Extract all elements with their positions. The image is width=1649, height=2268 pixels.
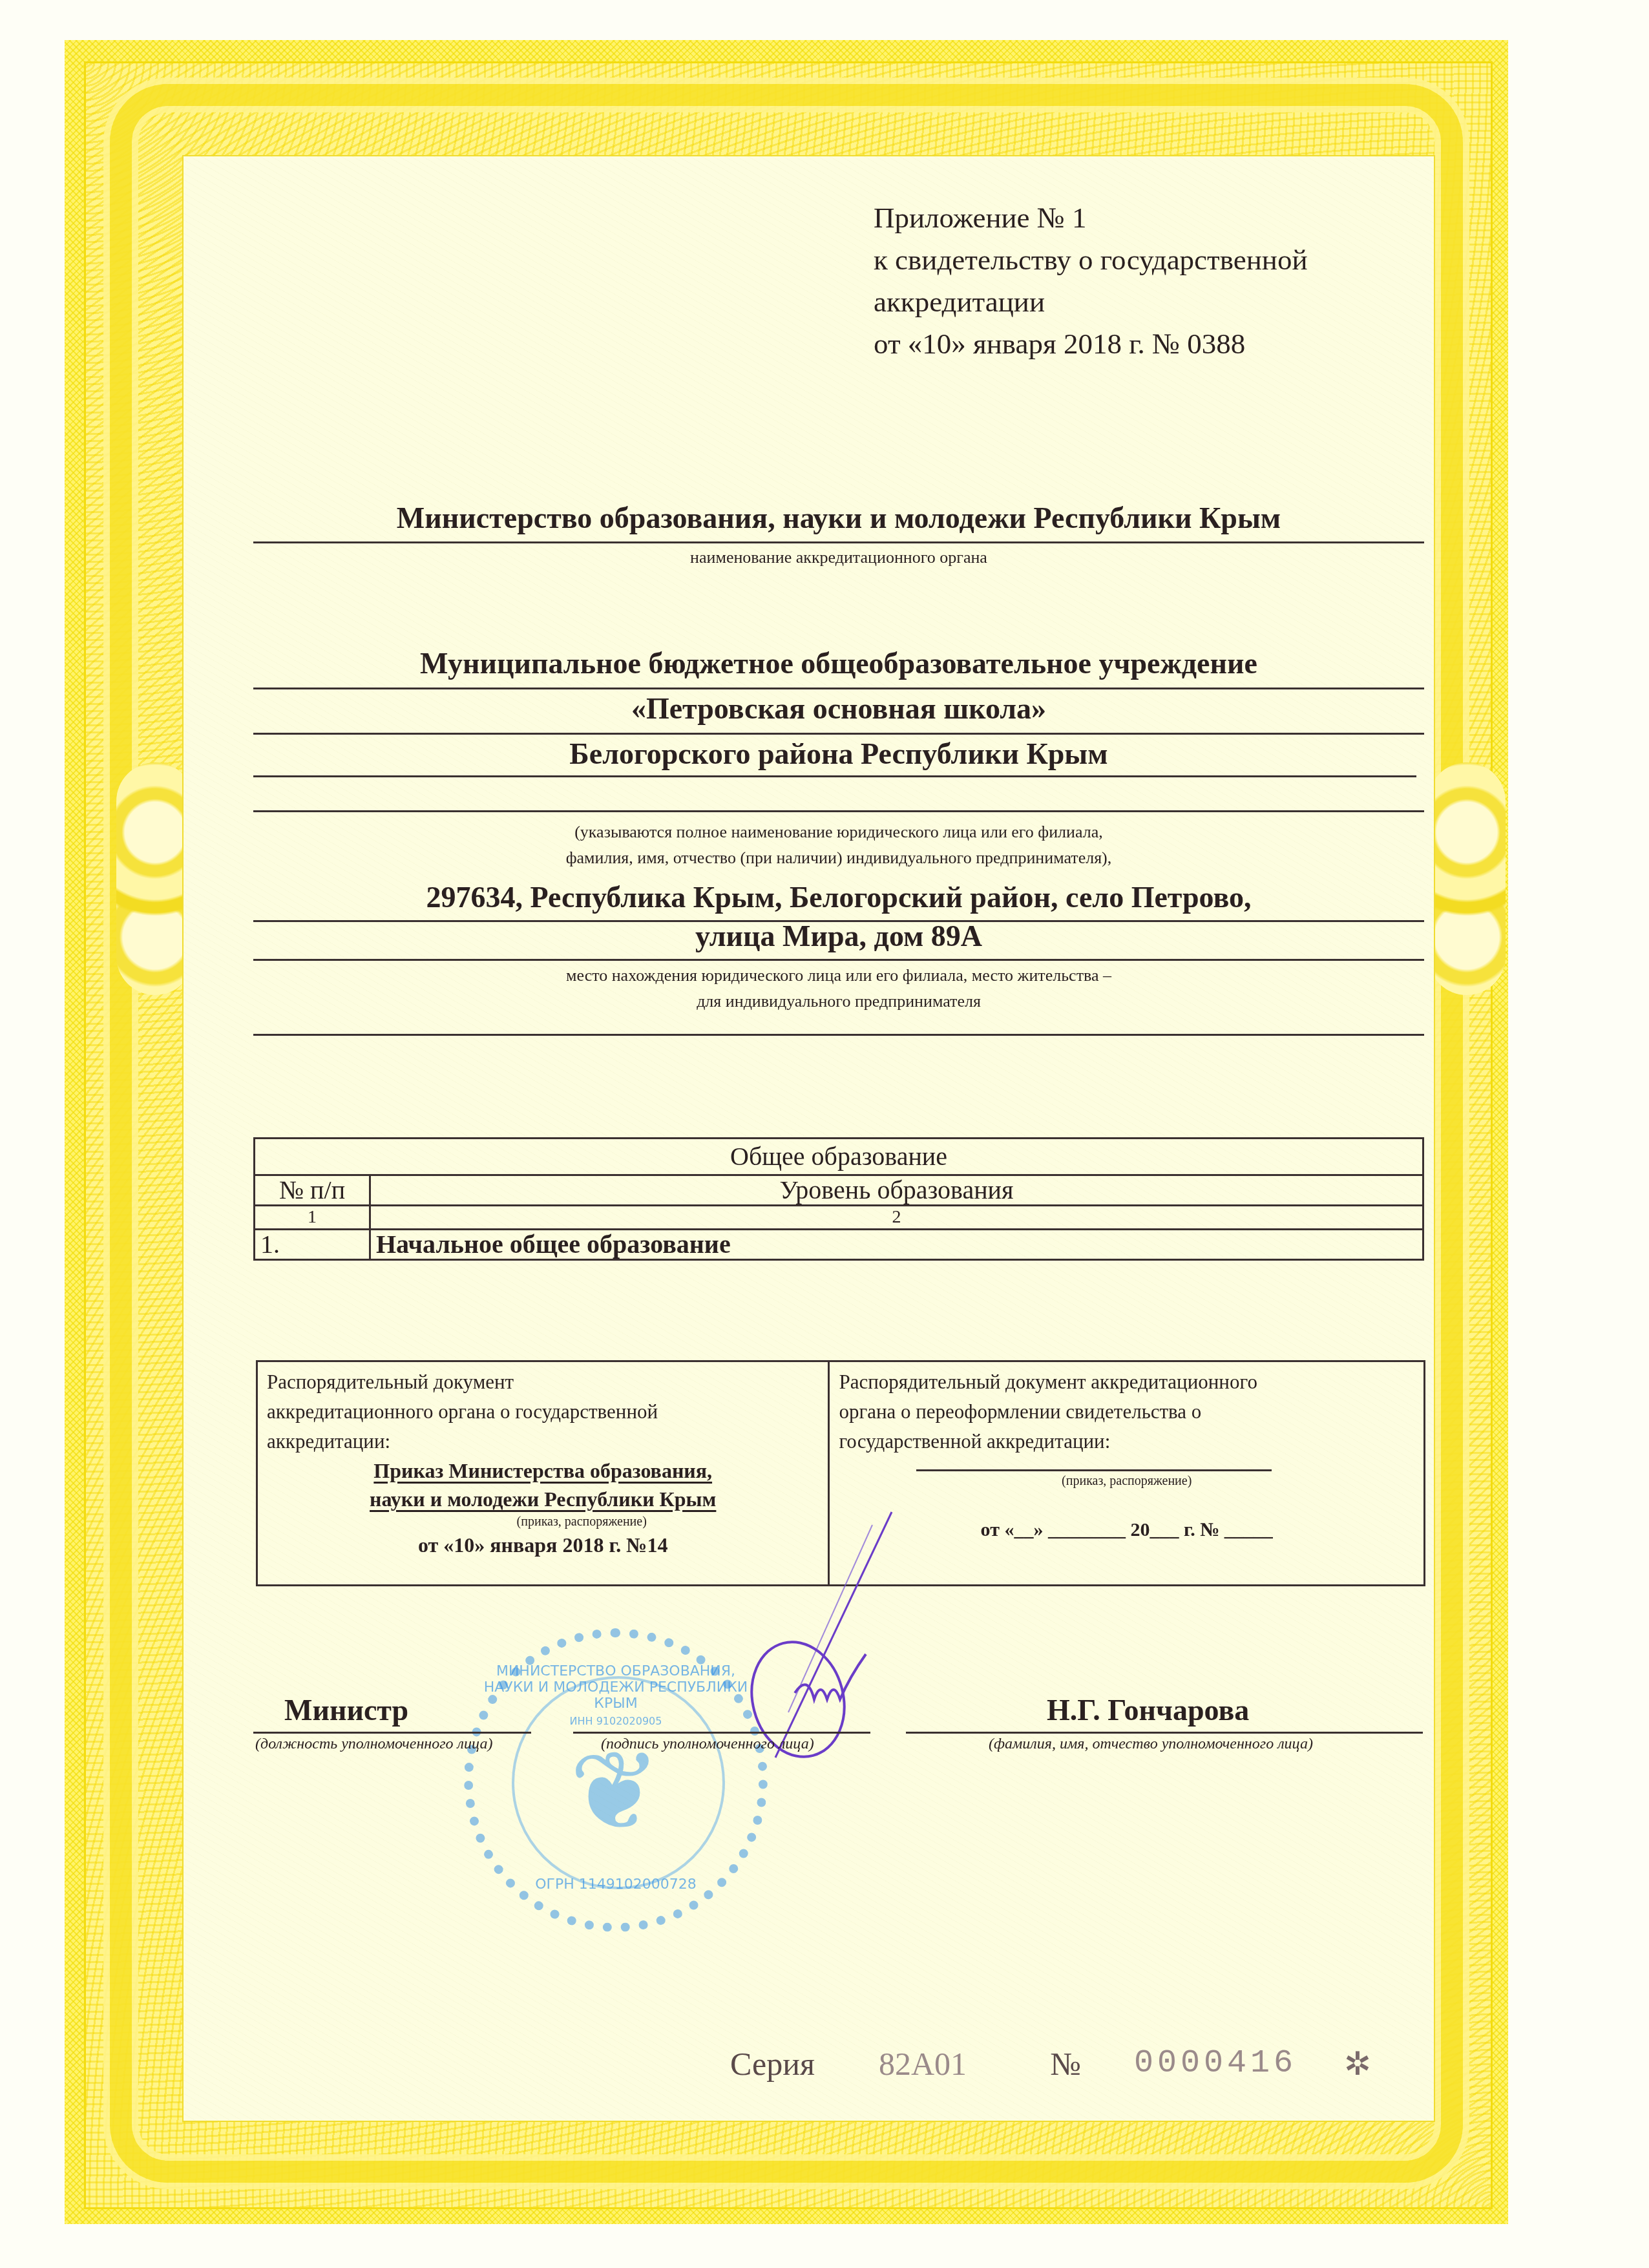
column-header-number: № п/п (255, 1175, 370, 1206)
signature-caption: (подпись уполномоченного лица) (601, 1736, 814, 1753)
organization-caption-2: фамилия, имя, отчество (при наличии) инд… (253, 845, 1424, 871)
row-education-level: Начальное общее образование (370, 1230, 1423, 1260)
signatory-position: Министр (284, 1693, 408, 1727)
reissue-order-label-3: государственной аккредитации: (839, 1427, 1414, 1456)
reissue-order-label-2: органа о переоформлении свидетельства о (839, 1397, 1414, 1427)
address-caption: место нахождения юридического лица или е… (253, 963, 1424, 1014)
position-line (253, 1732, 531, 1734)
address-line-1: 297634, Республика Крым, Белогорский рай… (253, 880, 1424, 914)
divider (253, 733, 1424, 735)
education-table-title: Общее образование (255, 1139, 1423, 1175)
address-caption-2: для индивидуального предпринимателя (253, 989, 1424, 1014)
accreditation-body-caption: наименование аккредитационного органа (253, 548, 1424, 567)
organization-line-2: «Петровская основная школа» (253, 691, 1424, 726)
education-levels-table: Общее образование № п/п Уровень образова… (253, 1137, 1424, 1261)
divider (253, 959, 1424, 961)
organization-caption: (указываются полное наименование юридиче… (253, 819, 1424, 871)
row-number: 1. (255, 1230, 370, 1260)
series-label: Серия (730, 2045, 815, 2083)
position-caption: (должность уполномоченного лица) (255, 1736, 492, 1753)
accreditation-order-label-2: аккредитационного органа о государственн… (267, 1397, 819, 1427)
divider (253, 775, 1416, 777)
number-value: 0000416 (1134, 2045, 1297, 2082)
signatory-name: Н.Г. Гончарова (1047, 1693, 1249, 1727)
table-row: 1. Начальное общее образование (255, 1230, 1423, 1260)
address-line-2: улица Мира, дом 89А (253, 919, 1424, 953)
accreditation-order-label-1: Распорядительный документ (267, 1367, 819, 1397)
accreditation-order-label-3: аккредитации: (267, 1427, 819, 1456)
organization-line-3: Белогорского района Республики Крым (253, 737, 1424, 771)
name-line (906, 1732, 1423, 1734)
address-caption-1: место нахождения юридического лица или е… (253, 963, 1424, 989)
annex-date-number: от «10» января 2018 г. № 0388 (874, 323, 1307, 365)
annex-title: Приложение № 1 (874, 197, 1307, 239)
accreditation-body-name: Министерство образования, науки и молоде… (253, 501, 1424, 535)
reissue-order-date: от «__» ________ 20___ г. № _____ (839, 1515, 1414, 1545)
column-header-level: Уровень образования (370, 1175, 1423, 1206)
divider (253, 1034, 1424, 1036)
series-value: 82А01 (879, 2045, 967, 2083)
number-label: № (1050, 2045, 1081, 2083)
reissue-order-caption: (приказ, распоряжение) (839, 1471, 1414, 1491)
annex-header: Приложение № 1 к свидетельству о государ… (874, 197, 1307, 365)
divider (253, 810, 1424, 812)
reissue-order-label-1: Распорядительный документ аккредитационн… (839, 1367, 1414, 1397)
accreditation-order-title-1: Приказ Министерства образования, (267, 1456, 819, 1485)
organization-caption-1: (указываются полное наименование юридиче… (253, 819, 1424, 845)
name-caption: (фамилия, имя, отчество уполномоченного … (989, 1736, 1313, 1753)
annex-subtitle-2: аккредитации (874, 281, 1307, 323)
stamp-ogrn: ОГРН 1149102000728 (473, 1876, 759, 1893)
column-number-1: 1 (255, 1206, 370, 1230)
annex-subtitle-1: к свидетельству о государственной (874, 239, 1307, 281)
signature-line (573, 1732, 870, 1734)
divider (253, 541, 1424, 543)
organization-line-1: Муниципальное бюджетное общеобразователь… (253, 646, 1424, 680)
security-mark-icon: ✲ (1344, 2045, 1371, 2083)
reissue-order-cell: Распорядительный документ аккредитационн… (829, 1361, 1425, 1586)
handwritten-signature (678, 1506, 905, 1764)
column-number-2: 2 (370, 1206, 1423, 1230)
ornament-leaf-right (1428, 762, 1506, 995)
divider (253, 688, 1424, 689)
